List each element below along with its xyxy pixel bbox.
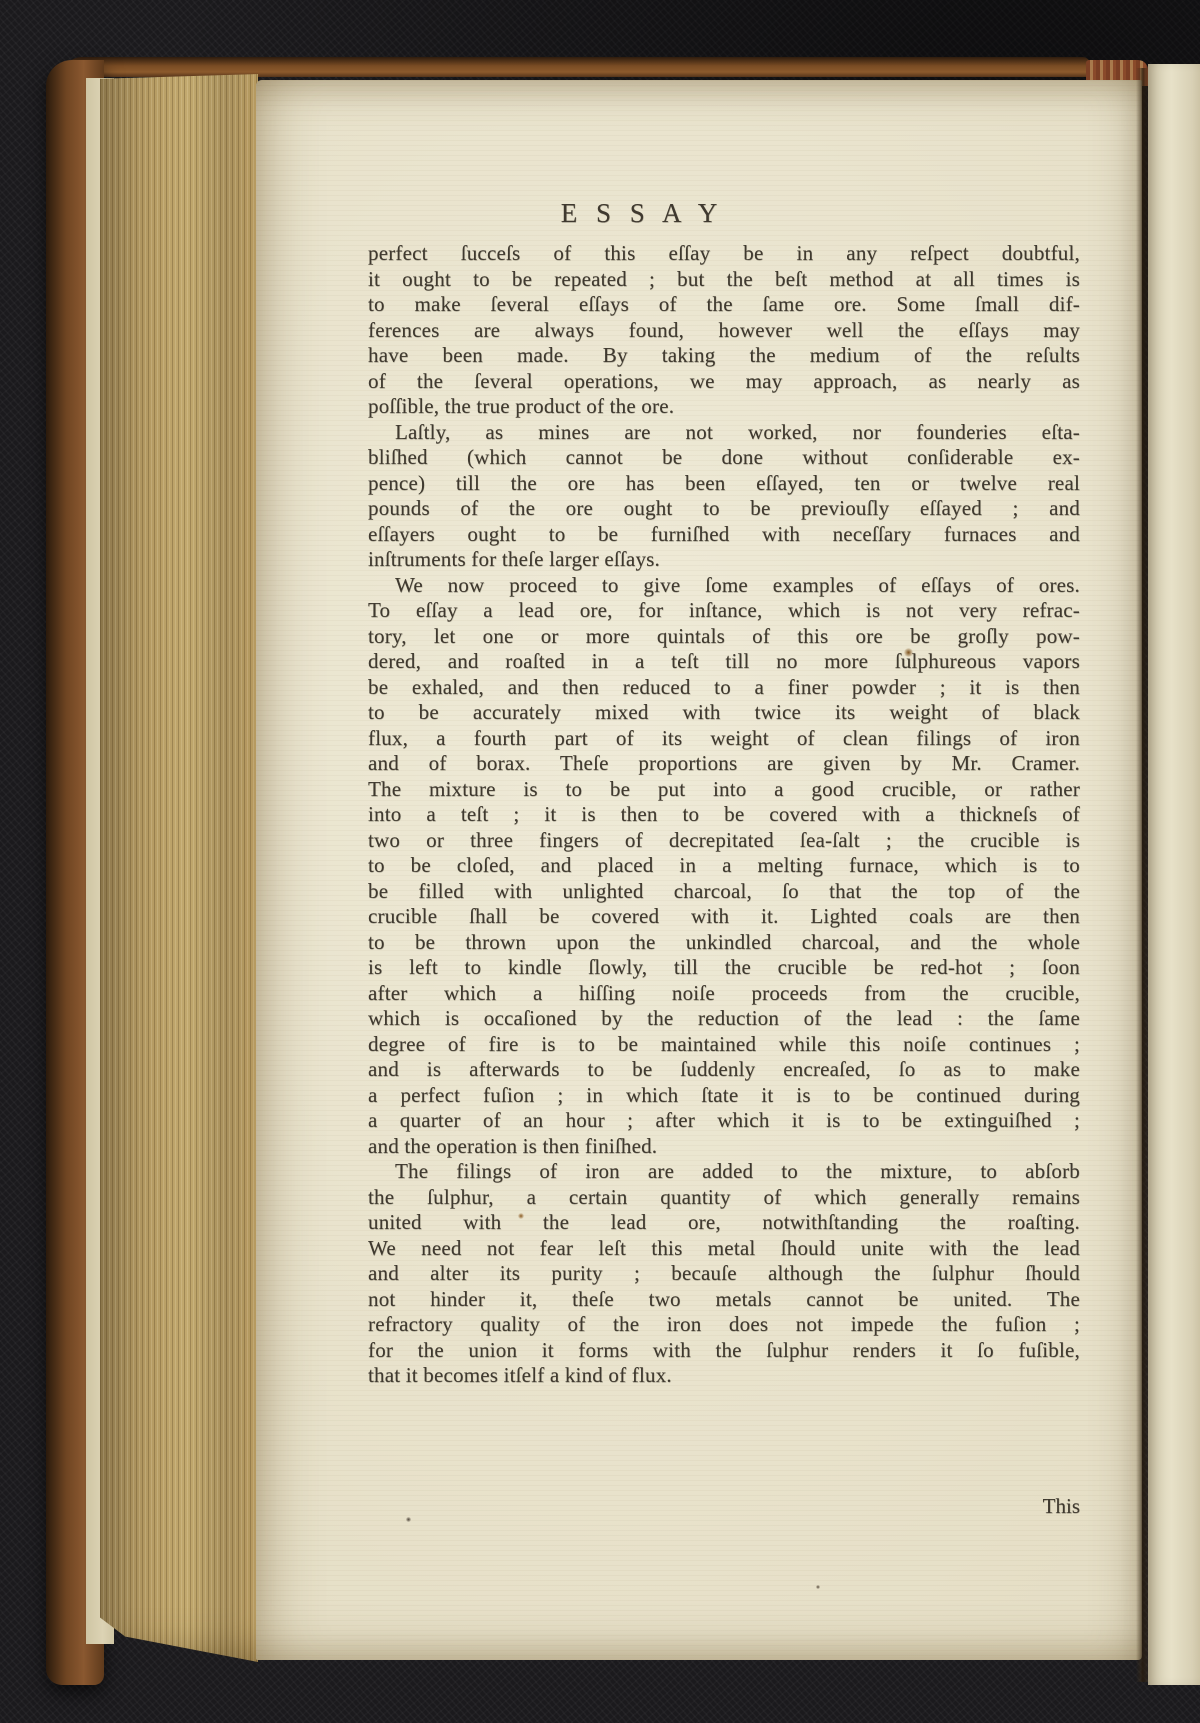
book-page: E S S A Y perfect ſucceſs of this eſſay …: [256, 80, 1142, 1660]
text-line: and is afterwards to be ſuddenly encreaſ…: [368, 1057, 1080, 1083]
text-line: dered, and roaſted in a teſt till no mor…: [368, 649, 1080, 675]
text-line: ferences are always found, however well …: [368, 318, 1080, 344]
text-line: refractory quality of the iron does not …: [368, 1312, 1080, 1338]
catchword: This: [368, 1494, 1080, 1519]
page-stack-fore-edge: [100, 74, 258, 1662]
text-line: crucible ſhall be covered with it. Light…: [368, 904, 1080, 930]
text-line: the ſulphur, a certain quantity of which…: [368, 1185, 1080, 1211]
text-line: that it becomes itſelf a kind of flux.: [368, 1363, 1080, 1389]
text-line: pounds of the ore ought to be previouſly…: [368, 496, 1080, 522]
text-line: bliſhed (which cannot be done without co…: [368, 445, 1080, 471]
text-line: united with the lead ore, notwithſtandin…: [368, 1210, 1080, 1236]
text-line: not hinder it, theſe two metals cannot b…: [368, 1287, 1080, 1313]
text-line: two or three fingers of decrepitated ſea…: [368, 828, 1080, 854]
text-line: a perfect fuſion ; in which ſtate it is …: [368, 1083, 1080, 1109]
foxing-spot: [518, 1213, 524, 1219]
running-head: E S S A Y: [286, 198, 998, 229]
text-line: eſſayers ought to be furniſhed with nece…: [368, 522, 1080, 548]
gutter-shadow: [1136, 68, 1148, 1682]
text-line: be filled with unlighted charcoal, ſo th…: [368, 879, 1080, 905]
text-line: flux, a fourth part of its weight of cle…: [368, 726, 1080, 752]
text-line: to make ſeveral eſſays of the ſame ore. …: [368, 292, 1080, 318]
text-line: and of borax. Theſe proportions are give…: [368, 751, 1080, 777]
text-line: is left to kindle ſlowly, till the cruci…: [368, 955, 1080, 981]
text-line: and alter its purity ; becauſe although …: [368, 1261, 1080, 1287]
foxing-spot: [406, 1517, 411, 1522]
text-line: tory, let one or more quintals of this o…: [368, 624, 1080, 650]
text-line: inſtruments for theſe larger eſſays.: [368, 547, 1080, 573]
text-line: We now proceed to give ſome examples of …: [368, 573, 1080, 599]
text-line: be exhaled, and then reduced to a finer …: [368, 675, 1080, 701]
text-line: pence) till the ore has been eſſayed, te…: [368, 471, 1080, 497]
photo-backdrop: E S S A Y perfect ſucceſs of this eſſay …: [0, 0, 1200, 1723]
text-line: The mixture is to be put into a good cru…: [368, 777, 1080, 803]
text-line: have been made. By taking the medium of …: [368, 343, 1080, 369]
text-line: to be cloſed, and placed in a melting fu…: [368, 853, 1080, 879]
text-line: it ought to be repeated ; but the beſt m…: [368, 267, 1080, 293]
text-line: after which a hiſſing noiſe proceeds fro…: [368, 981, 1080, 1007]
text-line: Laſtly, as mines are not worked, nor fou…: [368, 420, 1080, 446]
text-line: and the operation is then finiſhed.: [368, 1134, 1080, 1160]
text-line: which is occaſioned by the reduction of …: [368, 1006, 1080, 1032]
text-line: poſſible, the true product of the ore.: [368, 394, 1080, 420]
text-line: perfect ſucceſs of this eſſay be in any …: [368, 241, 1080, 267]
facing-page-sliver: [1148, 64, 1200, 1685]
foxing-spot: [816, 1585, 820, 1589]
text-line: into a teſt ; it is then to be covered w…: [368, 802, 1080, 828]
text-line: The filings of iron are added to the mix…: [368, 1159, 1080, 1185]
foxing-spot: [904, 648, 913, 657]
text-line: to be thrown upon the unkindled charcoal…: [368, 930, 1080, 956]
text-line: To eſſay a lead ore, for inſtance, which…: [368, 598, 1080, 624]
text-line: We need not fear leſt this metal ſhould …: [368, 1236, 1080, 1262]
text-line: a quarter of an hour ; after which it is…: [368, 1108, 1080, 1134]
text-block: perfect ſucceſs of this eſſay be in any …: [368, 241, 1080, 1389]
text-line: for the union it forms with the ſulphur …: [368, 1338, 1080, 1364]
book-cover-top-edge: [62, 57, 1090, 77]
text-line: to be accurately mixed with twice its we…: [368, 700, 1080, 726]
text-line: degree of fire is to be maintained while…: [368, 1032, 1080, 1058]
text-line: of the ſeveral operations, we may approa…: [368, 369, 1080, 395]
